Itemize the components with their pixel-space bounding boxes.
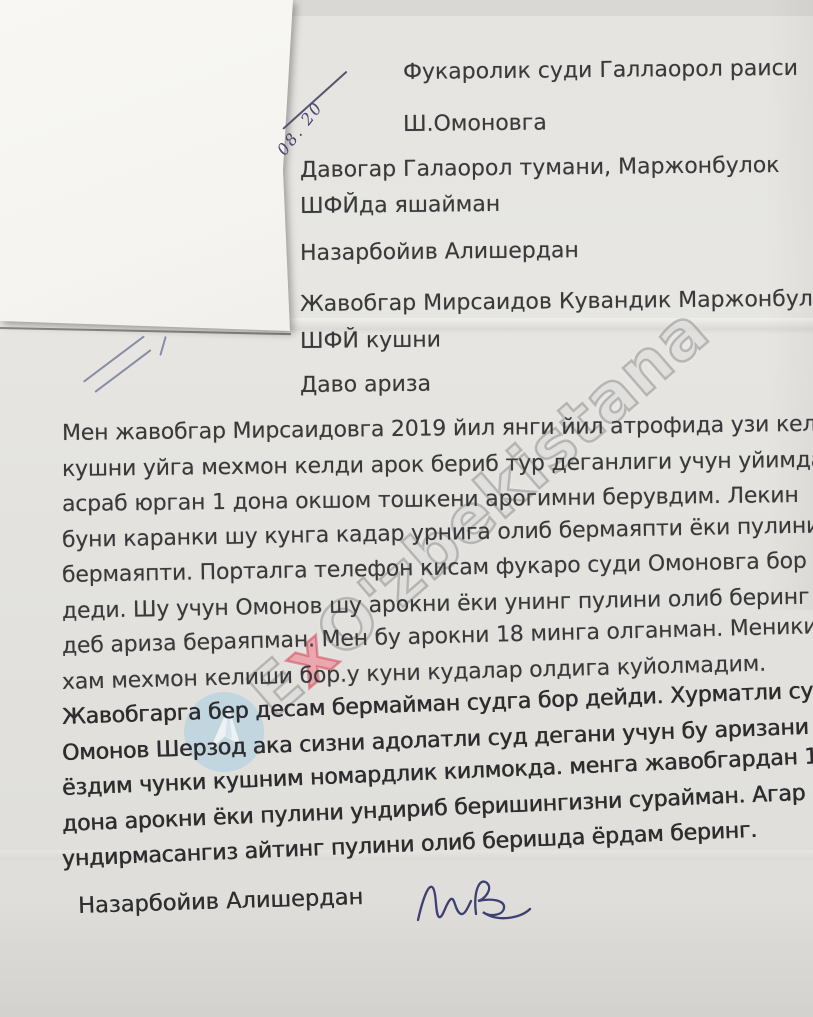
claimant-line-2: ШФЙда яшайман	[300, 192, 500, 219]
recipient-line-1: Фукаролик суди Галлаорол раиси	[403, 56, 798, 85]
handwritten-signature	[412, 872, 542, 930]
claimant-line-1: Давогар Галаорол тумани, Маржонбулок	[300, 153, 780, 183]
from-line: Назарбойив Алишердан	[300, 238, 579, 266]
recipient-line-2: Ш.Омоновга	[403, 110, 547, 137]
respondent-line-2: ШФЙ кушни	[300, 328, 441, 354]
blank-page-surface	[0, 0, 320, 360]
respondent-line-1: Жавобгар Мирсаидов Кувандик Маржонбулок	[300, 286, 813, 317]
scanned-letter-photo: ExO'zbekistana Фукаролик суди Галлаорол …	[0, 0, 813, 1017]
overlapping-page-corner	[0, 0, 320, 360]
letter-body: Мен жавобгар Мирсаидовга 2019 йил янги й…	[62, 416, 807, 878]
subject-line: Даво ариза	[300, 372, 431, 398]
